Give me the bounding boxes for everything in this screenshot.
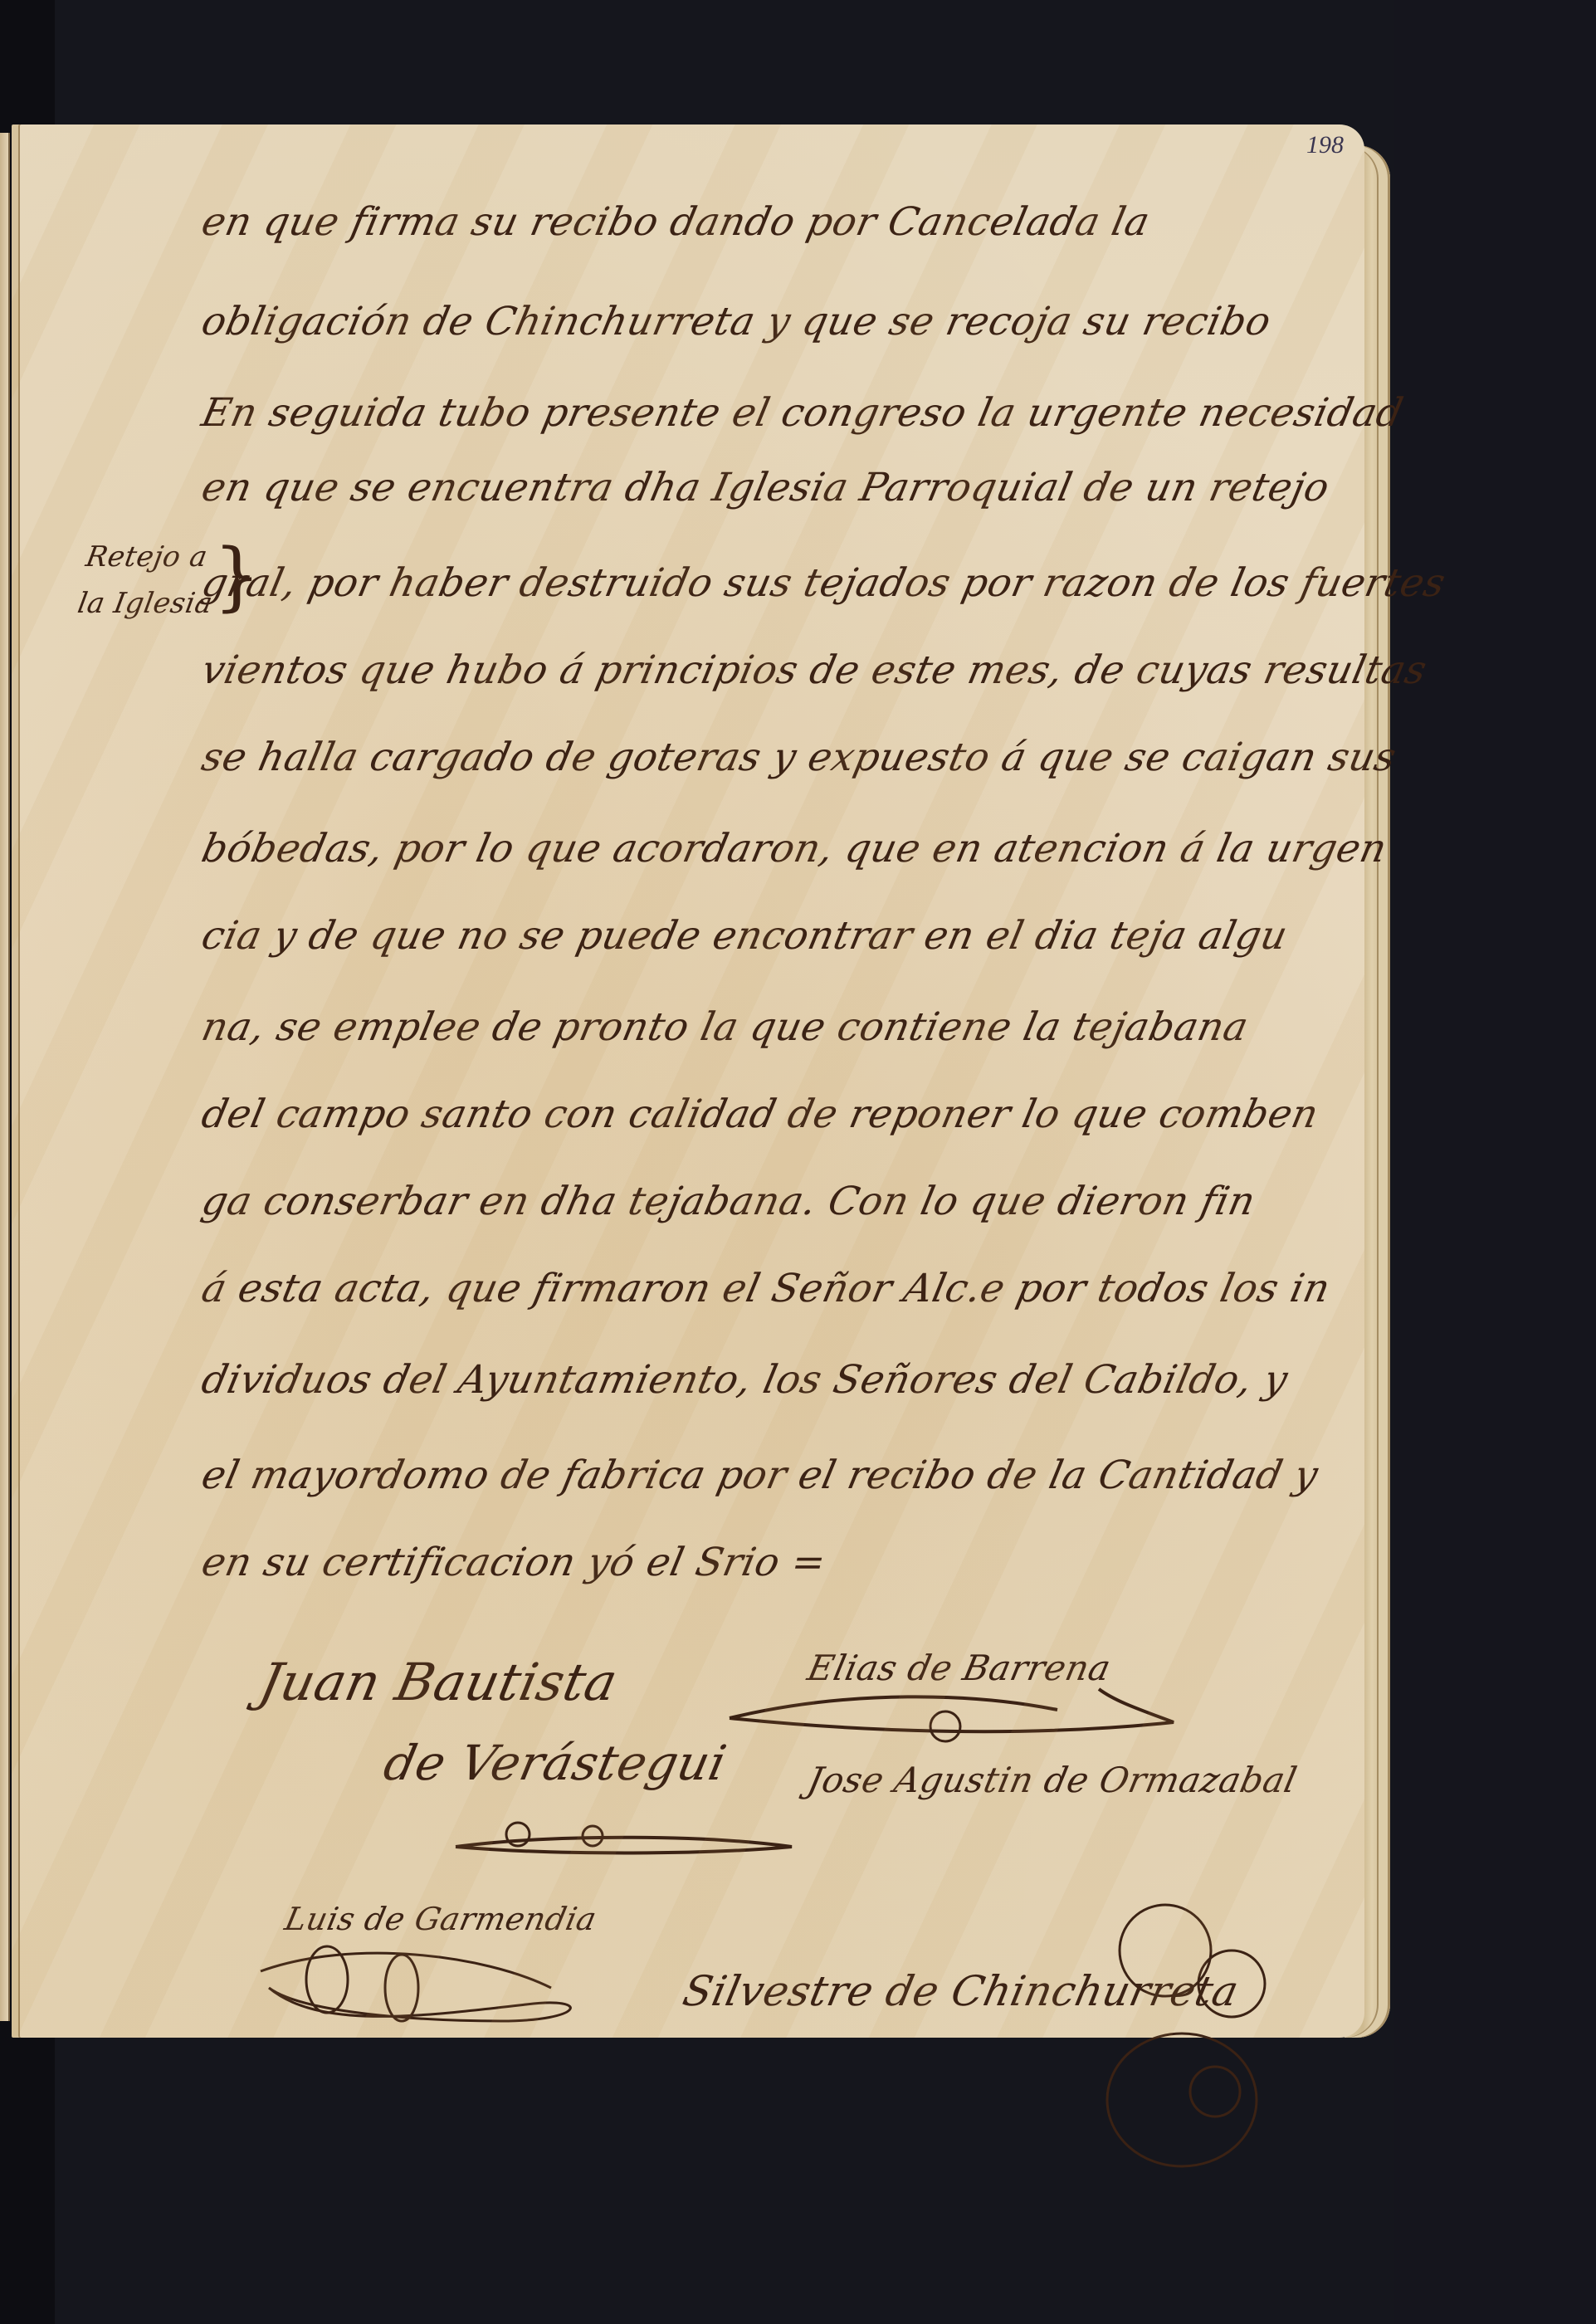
signature-flourish — [725, 1685, 1190, 1751]
scan-backdrop-right — [1394, 0, 1596, 2324]
margin-note-line-1: Retejo a — [82, 534, 225, 580]
signature-juan-bautista: Juan Bautista — [254, 1652, 622, 1712]
body-line: se halla cargado de goteras y expuesto á… — [198, 735, 1400, 780]
manuscript-page: 198 Retejo a la Iglesia } en que firma s… — [12, 124, 1364, 2038]
body-line: en que firma su recibo dando por Cancela… — [198, 199, 1154, 245]
body-line: en que se encuentra dha Iglesia Parroqui… — [198, 465, 1334, 510]
body-line: á esta acta, que firmaron el Señor Alc.e… — [198, 1266, 1335, 1311]
body-line: vientos que hubo á principios de este me… — [198, 647, 1431, 693]
signature-flourish — [252, 1938, 601, 2029]
folio-number: 198 — [1306, 131, 1344, 159]
previous-page-edge — [0, 133, 10, 2021]
signature-elias-de-barrena: Elias de Barrena — [804, 1648, 1115, 1688]
body-line: el mayordomo de fabrica por el recibo de… — [198, 1452, 1322, 1498]
signature-jose-agustin-de-ormazabal: Jose Agustin de Ormazabal — [804, 1760, 1301, 1800]
body-line: En seguida tubo presente el congreso la … — [198, 390, 1407, 436]
body-line: en su certificacion yó el Srio = — [198, 1540, 830, 1585]
body-line: gral, por haber destruido sus tejados po… — [198, 560, 1449, 606]
body-line: na, se emplee de pronto la que contiene … — [198, 1004, 1252, 1050]
body-line: obligación de Chinchurreta y que se reco… — [198, 299, 1275, 344]
margin-note: Retejo a la Iglesia — [74, 534, 224, 627]
signature-flourish — [1074, 1901, 1323, 2175]
body-line: del campo santo con calidad de reponer l… — [198, 1091, 1322, 1137]
signature-flourish — [451, 1818, 800, 1867]
signature-verastegui: de Verástegui — [379, 1735, 731, 1791]
body-line: cia y de que no se puede encontrar en el… — [198, 913, 1291, 959]
signature-luis-de-garmendia: Luis de Garmendia — [281, 1901, 599, 1937]
body-line: bóbedas, por lo que acordaron, que en at… — [198, 826, 1391, 871]
body-line: ga conserbar en dha tejabana. Con lo que… — [198, 1179, 1259, 1224]
margin-note-line-2: la Iglesia — [74, 580, 217, 627]
body-line: dividuos del Ayuntamiento, los Señores d… — [198, 1357, 1291, 1403]
